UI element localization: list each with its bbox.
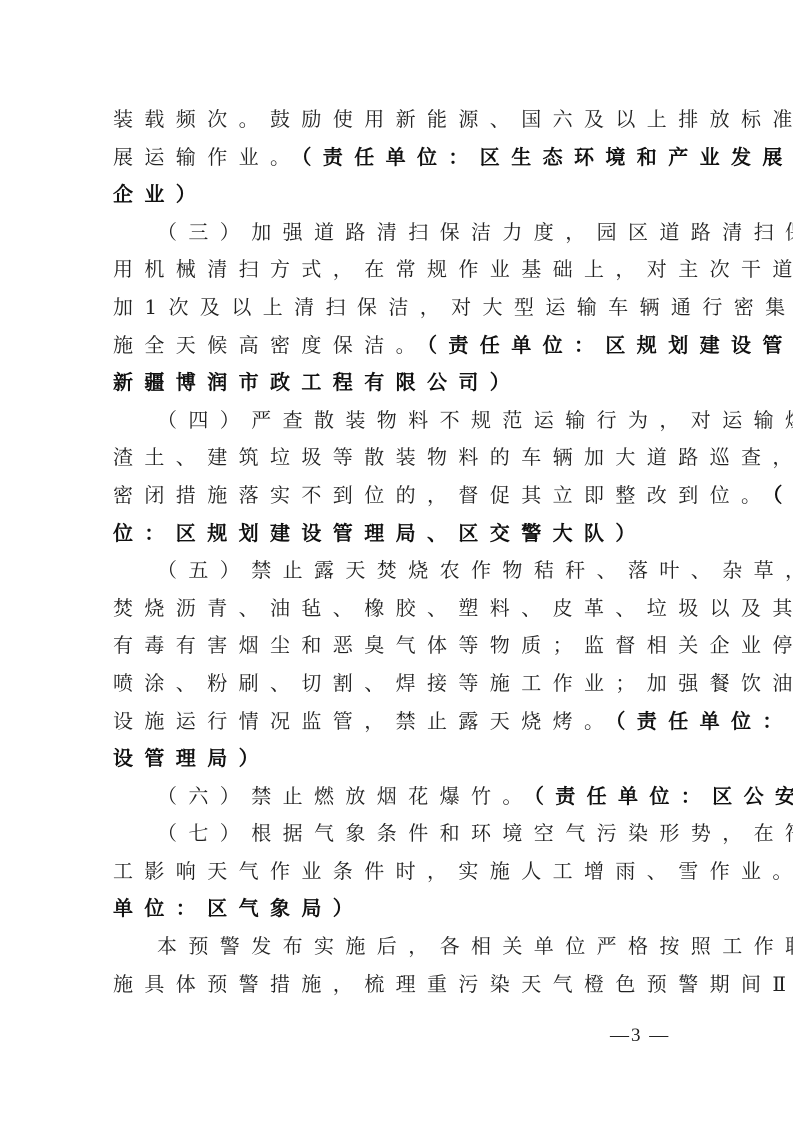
text-line: 企业） — [113, 176, 683, 214]
line-text: 密闭措施落实不到位的，督促其立即整改到位。 — [113, 483, 772, 507]
line-text: 焚烧沥青、油毡、橡胶、塑料、皮革、垃圾以及其他产生 — [113, 596, 793, 620]
text-line: 装载频次。鼓励使用新能源、国六及以上排放标准车辆开 — [113, 101, 683, 139]
text-line: 展运输作业。（责任单位：区生态环境和产业发展局、各 — [113, 139, 683, 177]
text-line: （四）严查散装物料不规范运输行为，对运输煤炭、 — [113, 402, 683, 440]
responsible-unit-text: 新疆博润市政工程有限公司） — [113, 370, 521, 394]
responsible-unit-text: （责任单位：区规划建设管理局、 — [427, 333, 793, 357]
line-text: 施具体预警措施，梳理重污染天气橙色预警期间Ⅱ级响应 — [113, 972, 793, 996]
text-line: 渣土、建筑垃圾等散装物料的车辆加大道路巡查，对车辆 — [113, 439, 683, 477]
text-line: 单位：区气象局） — [113, 890, 683, 928]
text-line: 施具体预警措施，梳理重污染天气橙色预警期间Ⅱ级响应 — [113, 966, 683, 1004]
line-text: 喷涂、粉刷、切割、焊接等施工作业；加强餐饮油烟处理 — [113, 671, 793, 695]
text-line: 工影响天气作业条件时，实施人工增雨、雪作业。（责任 — [113, 853, 683, 891]
line-text: 装载频次。鼓励使用新能源、国六及以上排放标准车辆开 — [113, 107, 793, 131]
responsible-unit-text: 设管理局） — [113, 746, 270, 770]
line-text: （五）禁止露天焚烧农作物秸秆、落叶、杂草，禁止 — [157, 558, 793, 582]
page-number: —3 — — [610, 1025, 670, 1047]
line-text: （六）禁止燃放烟花爆竹。 — [157, 784, 534, 808]
text-line: 新疆博润市政工程有限公司） — [113, 364, 683, 402]
text-line: 设管理局） — [113, 740, 683, 778]
responsible-unit-text: （责任单位：区规划建 — [615, 709, 793, 733]
text-line: （七）根据气象条件和环境空气污染形势，在符合人 — [113, 815, 683, 853]
line-text: 设施运行情况监管，禁止露天烧烤。 — [113, 709, 615, 733]
text-line: 施全天候高密度保洁。（责任单位：区规划建设管理局、 — [113, 327, 683, 365]
text-line: 焚烧沥青、油毡、橡胶、塑料、皮革、垃圾以及其他产生 — [113, 590, 683, 628]
line-text: 展运输作业。 — [113, 145, 301, 169]
responsible-unit-text: （责任单位：区公安分局） — [534, 784, 793, 808]
text-line: （五）禁止露天焚烧农作物秸秆、落叶、杂草，禁止 — [113, 552, 683, 590]
text-line: 位：区规划建设管理局、区交警大队） — [113, 515, 683, 553]
responsible-unit-text: （责任单 — [772, 483, 793, 507]
line-text: 工影响天气作业条件时，实施人工增雨、雪作业。 — [113, 859, 793, 883]
document-page: 装载频次。鼓励使用新能源、国六及以上排放标准车辆开展运输作业。（责任单位：区生态… — [0, 0, 793, 1122]
document-body: 装载频次。鼓励使用新能源、国六及以上排放标准车辆开展运输作业。（责任单位：区生态… — [113, 101, 683, 1003]
line-text: （七）根据气象条件和环境空气污染形势，在符合人 — [157, 821, 793, 845]
text-line: 喷涂、粉刷、切割、焊接等施工作业；加强餐饮油烟处理 — [113, 665, 683, 703]
text-line: 密闭措施落实不到位的，督促其立即整改到位。（责任单 — [113, 477, 683, 515]
line-text: 本预警发布实施后，各相关单位严格按照工作职责实 — [157, 934, 793, 958]
line-text: 施全天候高密度保洁。 — [113, 333, 427, 357]
text-line: （三）加强道路清扫保洁力度，园区道路清扫保洁使 — [113, 214, 683, 252]
text-line: 有毒有害烟尘和恶臭气体等物质；监督相关企业停止室外 — [113, 627, 683, 665]
line-text: （四）严查散装物料不规范运输行为，对运输煤炭、 — [157, 408, 793, 432]
text-line: 设施运行情况监管，禁止露天烧烤。（责任单位：区规划建 — [113, 703, 683, 741]
responsible-unit-text: （责任单位：区生态环境和产业发展局、各 — [301, 145, 793, 169]
responsible-unit-text: 单位：区气象局） — [113, 896, 364, 920]
line-text: （三）加强道路清扫保洁力度，园区道路清扫保洁使 — [157, 220, 793, 244]
text-line: 加1次及以上清扫保洁，对大型运输车辆通行密集路段，实 — [113, 289, 683, 327]
responsible-unit-text: 位：区规划建设管理局、区交警大队） — [113, 521, 647, 545]
line-text: 用机械清扫方式，在常规作业基础上，对主次干道每日增 — [113, 257, 793, 281]
text-line: 本预警发布实施后，各相关单位严格按照工作职责实 — [113, 928, 683, 966]
responsible-unit-text: 企业） — [113, 182, 207, 206]
line-text: 渣土、建筑垃圾等散装物料的车辆加大道路巡查，对车辆 — [113, 445, 793, 469]
text-line: （六）禁止燃放烟花爆竹。（责任单位：区公安分局） — [113, 778, 683, 816]
text-line: 用机械清扫方式，在常规作业基础上，对主次干道每日增 — [113, 251, 683, 289]
line-text: 加1次及以上清扫保洁，对大型运输车辆通行密集路段，实 — [113, 295, 793, 319]
line-text: 有毒有害烟尘和恶臭气体等物质；监督相关企业停止室外 — [113, 633, 793, 657]
